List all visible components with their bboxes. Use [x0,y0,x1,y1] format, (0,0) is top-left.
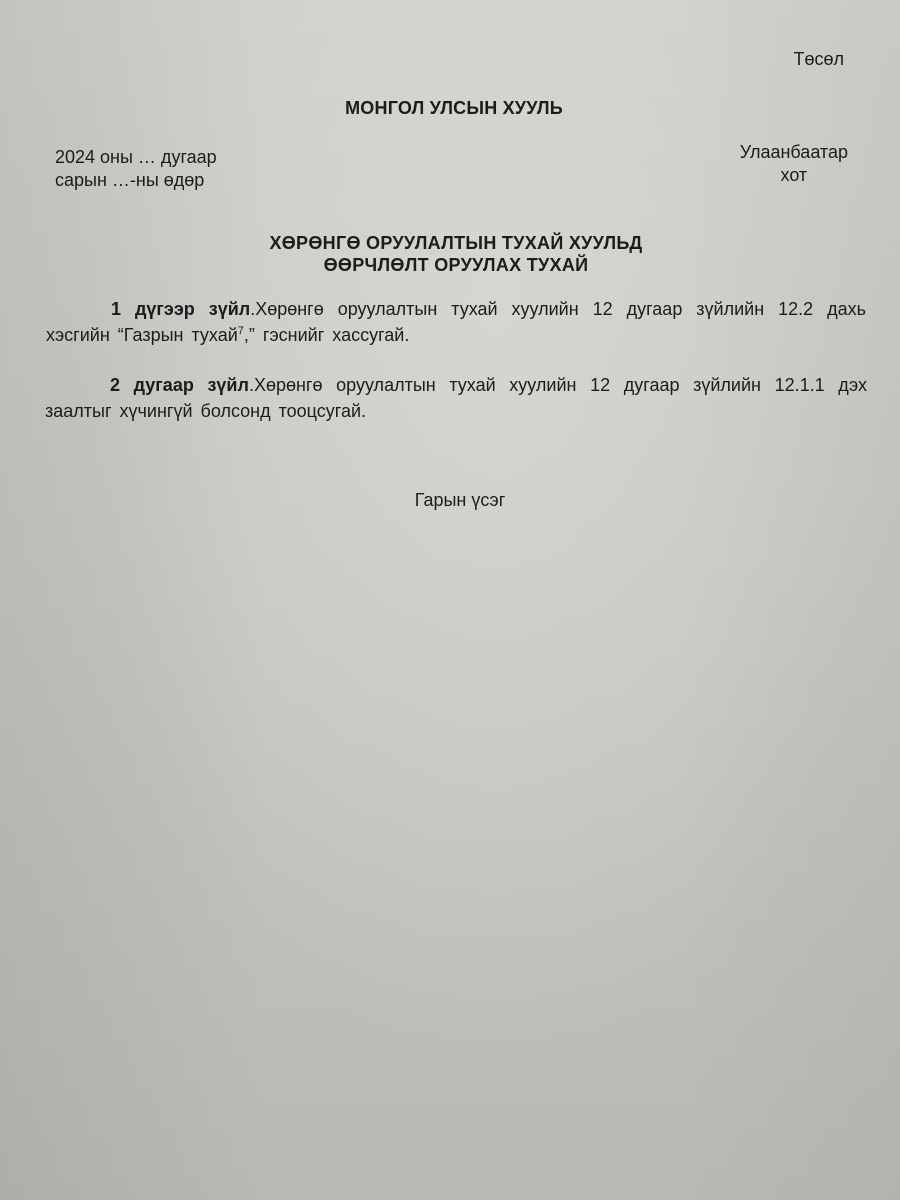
signature-line: Гарын үсэг [0,490,900,511]
article-1-text-end: ,” гэснийг хассугай. [244,325,409,345]
draft-label: Төсөл [793,49,844,70]
date-block: 2024 оны … дугаар сарын …-ны өдөр [55,146,217,192]
article-1: 1 дүгээр зүйл.Хөрөнгө оруулалтын тухай х… [46,296,866,348]
date-line-1: 2024 оны … дугаар [55,146,217,169]
article-2-heading: 2 дугаар зүйл [110,375,249,395]
date-line-2: сарын …-ны өдөр [55,169,217,192]
law-title: ХӨРӨНГӨ ОРУУЛАЛТЫН ТУХАЙ ХУУЛЬД ӨӨРЧЛӨЛТ… [0,232,900,276]
law-title-line-1: ХӨРӨНГӨ ОРУУЛАЛТЫН ТУХАЙ ХУУЛЬД [0,232,900,254]
place-block: Улаанбаатар хот [740,141,848,187]
article-1-heading: 1 дүгээр зүйл [111,299,250,319]
document-page: Төсөл МОНГОЛ УЛСЫН ХУУЛЬ 2024 оны … дуга… [0,0,900,1200]
place-line-1: Улаанбаатар [740,141,848,164]
place-line-2: хот [740,164,848,187]
article-2: 2 дугаар зүйл.Хөрөнгө оруулалтын тухай х… [45,372,867,424]
law-title-line-2: ӨӨРЧЛӨЛТ ОРУУЛАХ ТУХАЙ [0,254,900,276]
law-header: МОНГОЛ УЛСЫН ХУУЛЬ [0,98,900,119]
